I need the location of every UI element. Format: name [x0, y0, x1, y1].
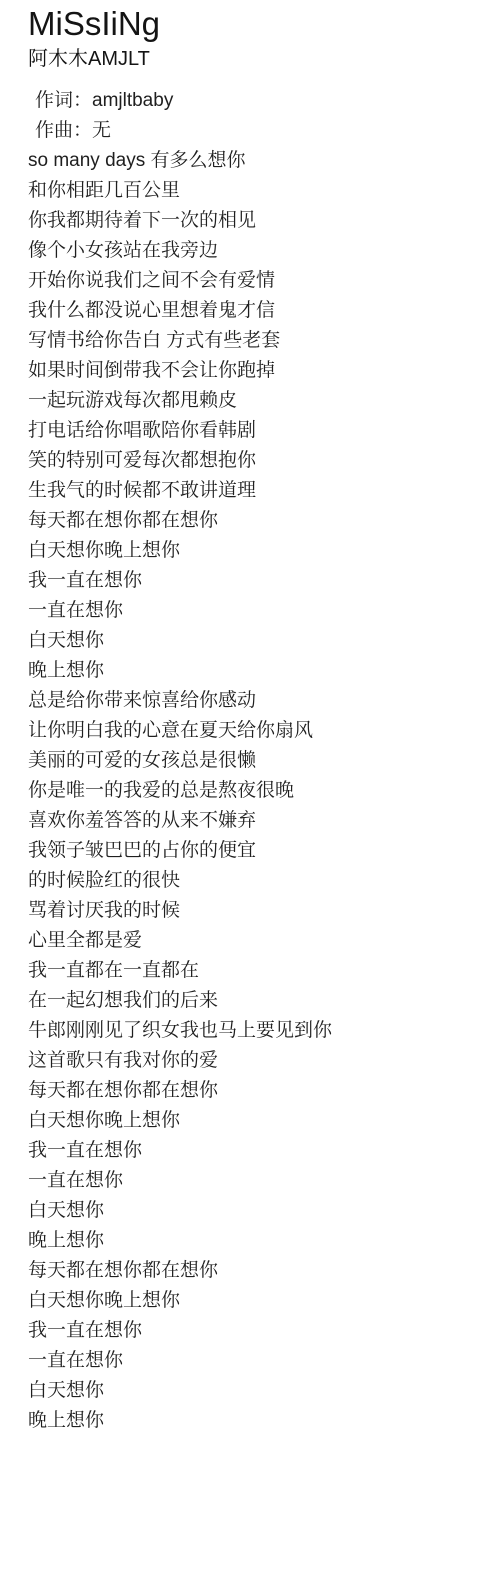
- lyrics-line: 白天想你: [28, 1376, 482, 1406]
- lyrics-line: 我一直在想你: [28, 566, 482, 596]
- lyrics-line: 一直在想你: [28, 1166, 482, 1196]
- lyrics-page: MiSsIiNg 阿木木AMJLT 作词：amjltbaby 作曲：无 so m…: [0, 0, 500, 1436]
- lyrics-line: 心里全都是爱: [28, 926, 482, 956]
- lyrics-line: 白天想你晚上想你: [28, 536, 482, 566]
- lyrics-line: 我什么都没说心里想着鬼才信: [28, 296, 482, 326]
- lyrics-line: 喜欢你羞答答的从来不嫌弃: [28, 806, 482, 836]
- lyrics-line: 笑的特别可爱每次都想抱你: [28, 446, 482, 476]
- lyrics-line: 你我都期待着下一次的相见: [28, 206, 482, 236]
- lyrics-line: 写情书给你告白 方式有些老套: [28, 326, 482, 356]
- lyrics-line: 白天想你: [28, 1196, 482, 1226]
- lyrics-line: 每天都在想你都在想你: [28, 1256, 482, 1286]
- lyrics-line: 像个小女孩站在我旁边: [28, 236, 482, 266]
- credit-line: 作曲：无: [28, 116, 482, 146]
- lyrics-line: 让你明白我的心意在夏天给你扇风: [28, 716, 482, 746]
- lyrics-line: 在一起幻想我们的后来: [28, 986, 482, 1016]
- lyrics-line: 和你相距几百公里: [28, 176, 482, 206]
- lyrics-line: 晚上想你: [28, 1406, 482, 1436]
- lyrics-line: 的时候脸红的很快: [28, 866, 482, 896]
- lyrics-line: 晚上想你: [28, 1226, 482, 1256]
- lyrics-line: 一直在想你: [28, 596, 482, 626]
- lyrics-line: 每天都在想你都在想你: [28, 506, 482, 536]
- lyrics-line: 一直在想你: [28, 1346, 482, 1376]
- lyrics-line: 你是唯一的我爱的总是熬夜很晚: [28, 776, 482, 806]
- credits-block: 作词：amjltbaby 作曲：无: [28, 86, 482, 146]
- lyrics-line: 我一直都在一直都在: [28, 956, 482, 986]
- lyrics-line: 我一直在想你: [28, 1316, 482, 1346]
- lyrics-line: 美丽的可爱的女孩总是很懒: [28, 746, 482, 776]
- lyrics-line: 每天都在想你都在想你: [28, 1076, 482, 1106]
- lyrics-line: 我一直在想你: [28, 1136, 482, 1166]
- page-title: MiSsIiNg: [28, 3, 482, 45]
- lyrics-line: 如果时间倒带我不会让你跑掉: [28, 356, 482, 386]
- lyrics-line: 总是给你带来惊喜给你感动: [28, 686, 482, 716]
- lyrics-line: 骂着讨厌我的时候: [28, 896, 482, 926]
- lyrics-line: 牛郎刚刚见了织女我也马上要见到你: [28, 1016, 482, 1046]
- lyrics-line: 白天想你晚上想你: [28, 1106, 482, 1136]
- artist-name: 阿木木AMJLT: [28, 46, 482, 72]
- lyrics-block: so many days 有多么想你 和你相距几百公里 你我都期待着下一次的相见…: [28, 146, 482, 1436]
- lyrics-line: so many days 有多么想你: [28, 146, 482, 176]
- lyrics-line: 白天想你晚上想你: [28, 1286, 482, 1316]
- lyrics-line: 这首歌只有我对你的爱: [28, 1046, 482, 1076]
- lyrics-line: 白天想你: [28, 626, 482, 656]
- lyrics-line: 我领子皱巴巴的占你的便宜: [28, 836, 482, 866]
- lyrics-line: 生我气的时候都不敢讲道理: [28, 476, 482, 506]
- lyrics-line: 开始你说我们之间不会有爱情: [28, 266, 482, 296]
- lyrics-line: 打电话给你唱歌陪你看韩剧: [28, 416, 482, 446]
- lyrics-line: 晚上想你: [28, 656, 482, 686]
- lyrics-line: 一起玩游戏每次都甩赖皮: [28, 386, 482, 416]
- credit-line: 作词：amjltbaby: [28, 86, 482, 116]
